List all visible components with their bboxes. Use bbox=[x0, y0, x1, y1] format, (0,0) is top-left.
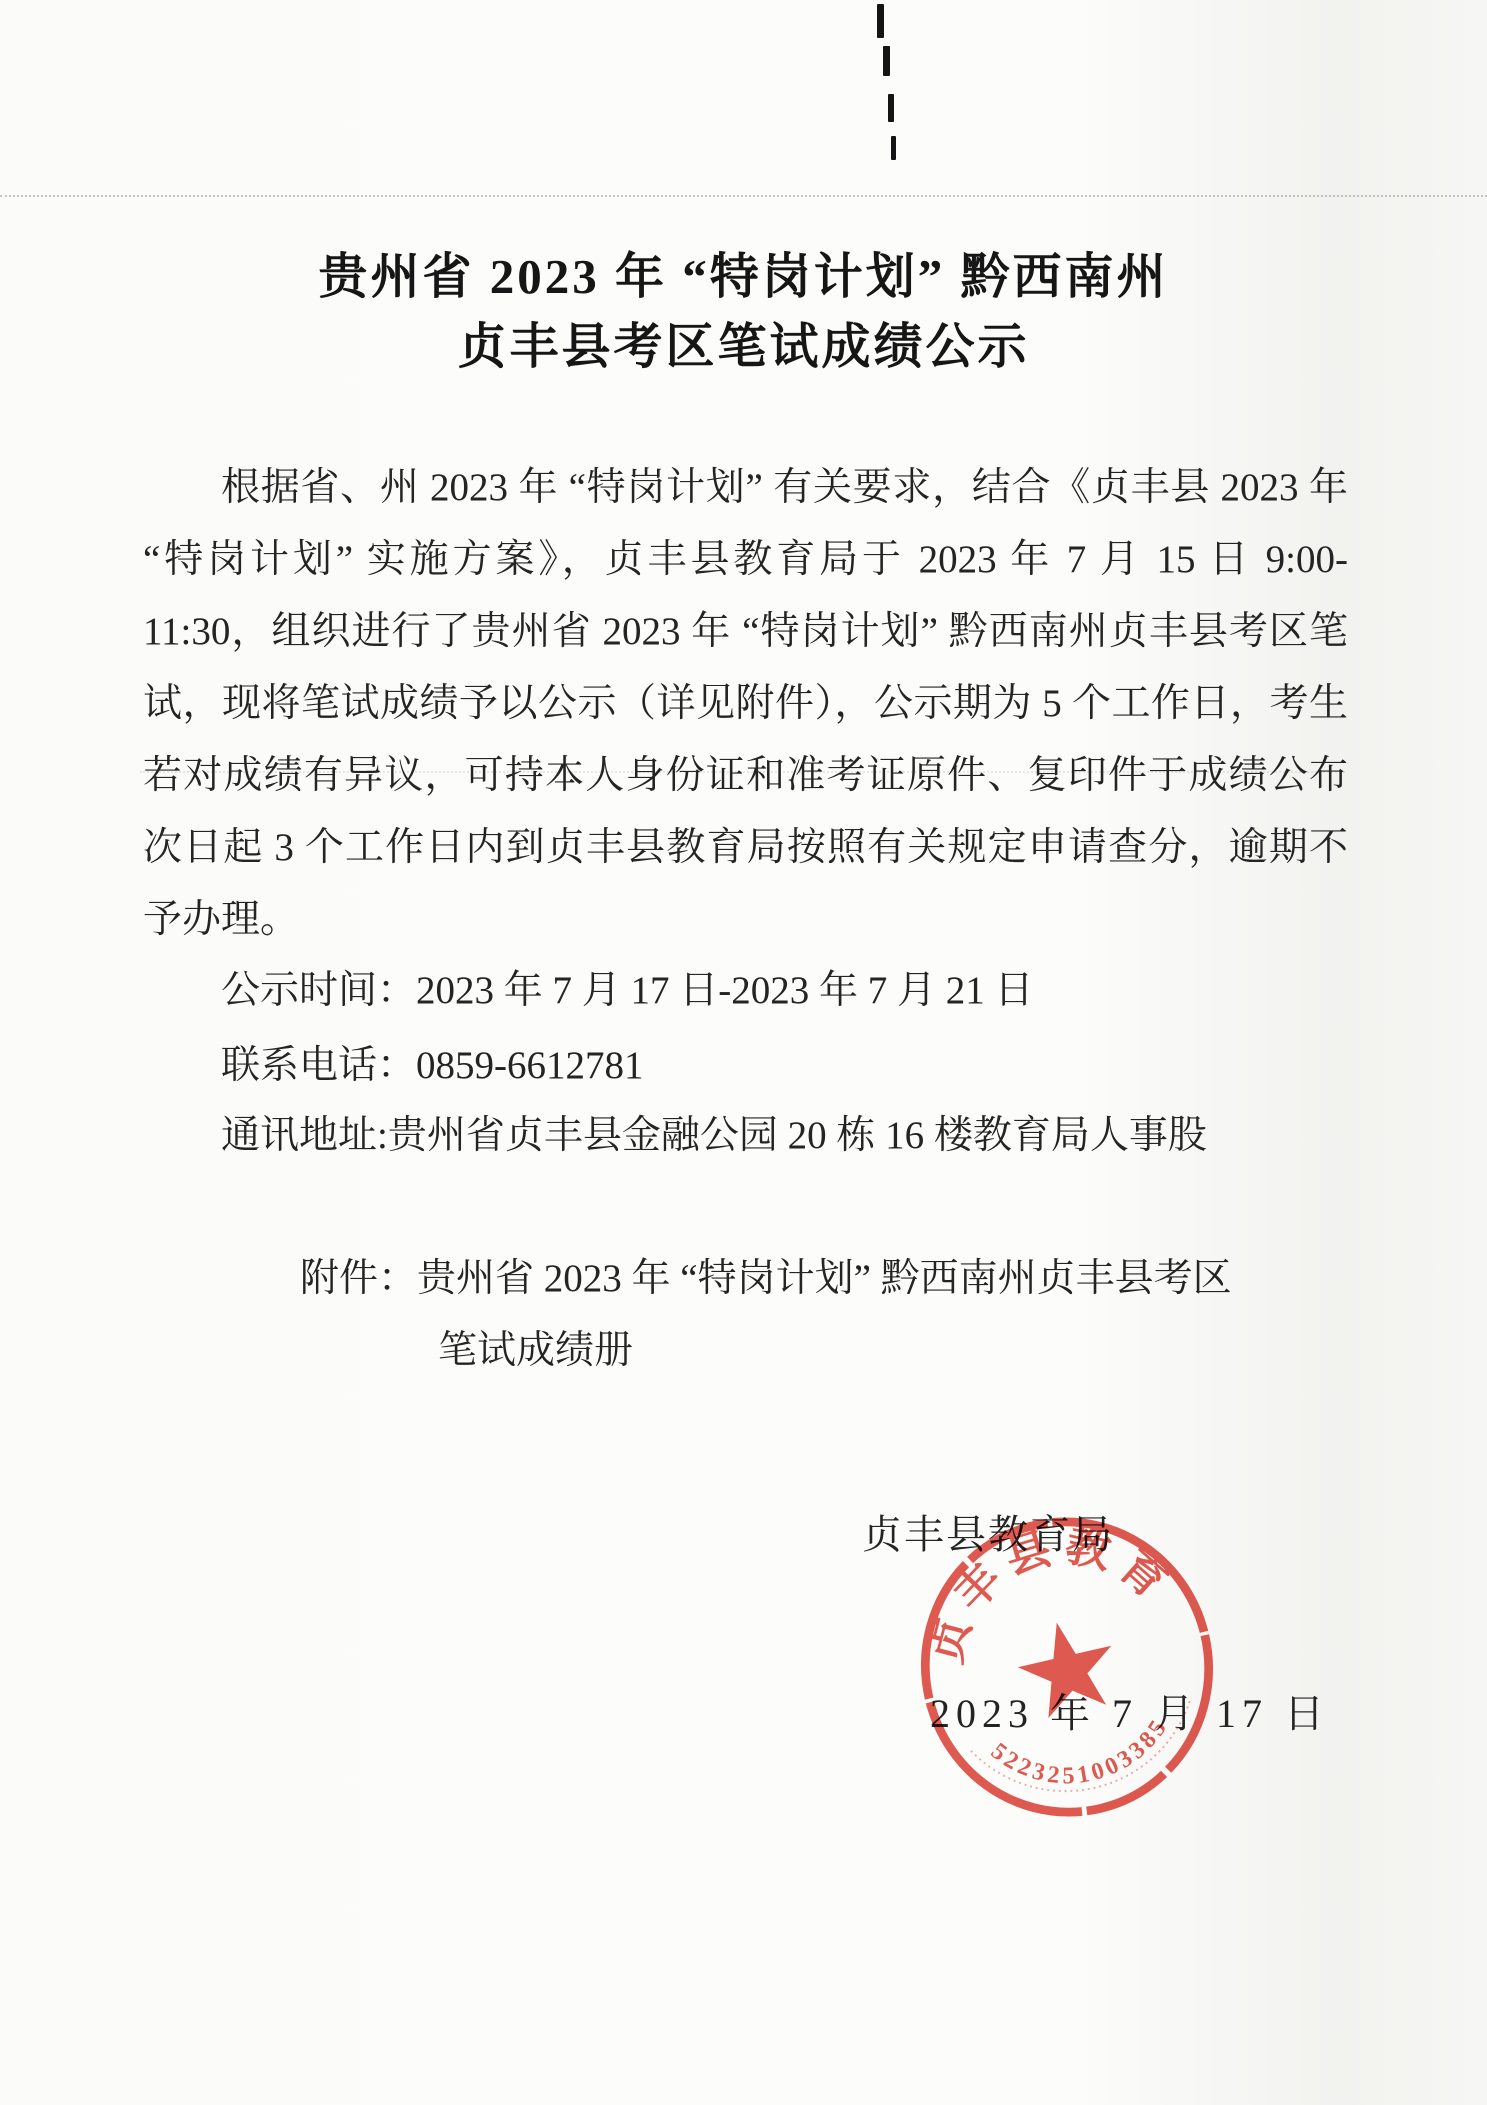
scan-artifact-mark bbox=[891, 136, 896, 160]
mailing-address-line: 通讯地址:贵州省贞丰县金融公园 20 栋 16 楼教育局人事股 bbox=[143, 1113, 1348, 1160]
mailing-address-value: 贵州省贞丰县金融公园 20 栋 16 楼教育局人事股 bbox=[388, 1114, 1207, 1157]
official-seal: 贞丰县教育局 5223251003385 bbox=[881, 1481, 1253, 1853]
scan-artifact-mark bbox=[888, 94, 894, 122]
attachment-line1: 附件：贵州省 2023 年 “特岗计划” 黔西南州贞丰县考区 bbox=[300, 1243, 1280, 1315]
publicity-period-line: 公示时间：2023 年 7 月 17 日-2023 年 7 月 21 日 bbox=[143, 968, 1348, 1015]
attachment-label: 附件： bbox=[300, 1257, 417, 1300]
document-page: 贵州省 2023 年 “特岗计划” 黔西南州 贞丰县考区笔试成绩公示 根据省、州… bbox=[0, 0, 1487, 2105]
contact-phone-label: 联系电话： bbox=[221, 1044, 416, 1087]
mailing-address-label: 通讯地址: bbox=[221, 1114, 388, 1157]
document-title-line1: 贵州省 2023 年 “特岗计划” 黔西南州 bbox=[0, 252, 1487, 301]
seal-number-text: 5223251003385 bbox=[982, 1699, 1183, 1808]
attachment-title: 贵州省 2023 年 “特岗计划” 黔西南州贞丰县考区 bbox=[417, 1257, 1232, 1300]
contact-phone-line: 联系电话：0859-6612781 bbox=[143, 1043, 1348, 1090]
body-paragraph: 根据省、州 2023 年 “特岗计划” 有关要求，结合《贞丰县 2023 年 “… bbox=[143, 452, 1348, 956]
publicity-period-label: 公示时间： bbox=[221, 969, 416, 1012]
contact-phone-value: 0859-6612781 bbox=[416, 1044, 644, 1087]
scan-artifact-mark bbox=[877, 4, 884, 38]
scan-artifact-line bbox=[0, 195, 1487, 197]
publicity-period-value: 2023 年 7 月 17 日-2023 年 7 月 21 日 bbox=[416, 969, 1034, 1012]
scan-artifact-mark bbox=[883, 46, 890, 76]
attachment-block: 附件：贵州省 2023 年 “特岗计划” 黔西南州贞丰县考区 笔试成绩册 bbox=[300, 1243, 1280, 1387]
attachment-line2: 笔试成绩册 bbox=[438, 1315, 1280, 1387]
document-title-line2: 贞丰县考区笔试成绩公示 bbox=[0, 322, 1487, 371]
seal-star-icon bbox=[1010, 1612, 1124, 1722]
